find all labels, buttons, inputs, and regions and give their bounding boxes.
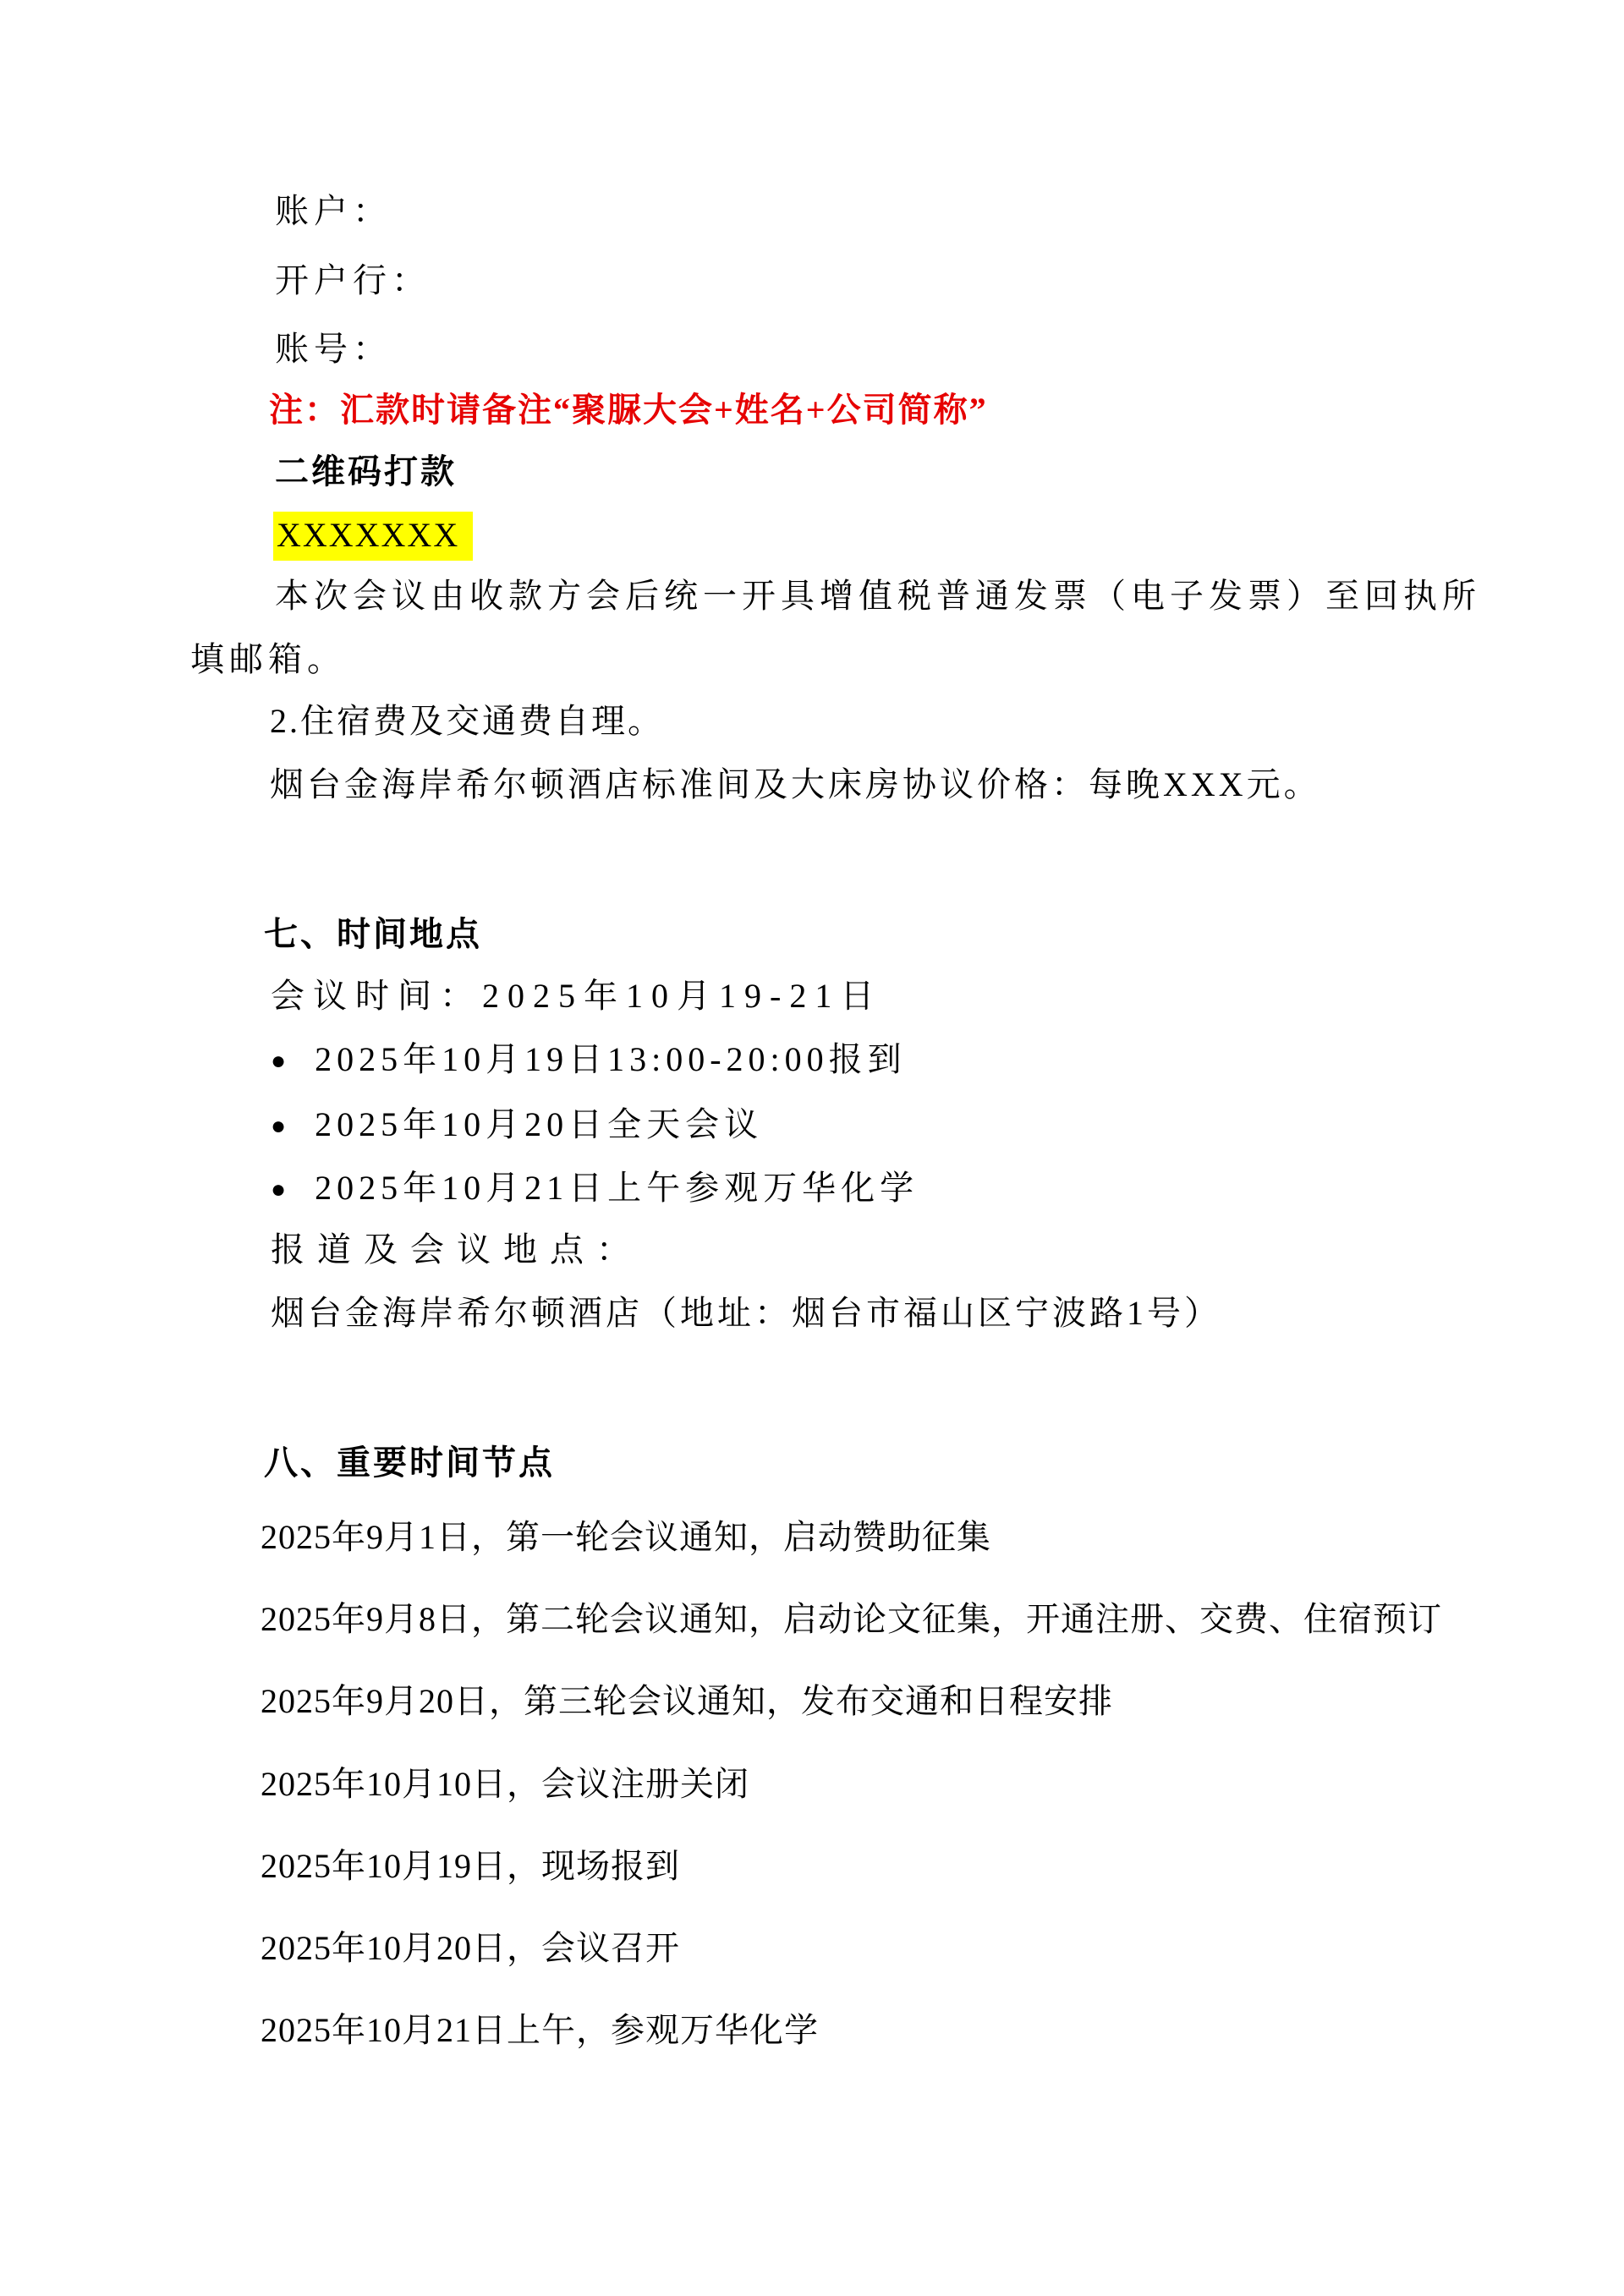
schedule-bullet-item: ●2025年10月19日13:00-20:00报到 [271, 1036, 907, 1085]
schedule-bullet-item: ●2025年10月20日全天会议 [271, 1101, 763, 1150]
bullet-icon: ● [271, 1166, 286, 1214]
highlighted-text: XXXXXXX [273, 512, 473, 561]
bullet-icon: ● [271, 1038, 286, 1085]
venue-label: 报道及会议地点： [271, 1226, 643, 1274]
opening-bank-label: 开户行： [275, 257, 431, 304]
self-pay-note: 2.住宿费及交通费自理。 [270, 698, 664, 745]
schedule-bullet-text: 2025年10月20日全天会议 [315, 1105, 763, 1143]
schedule-bullet-text: 2025年10月21日上午参观万华化学 [315, 1169, 919, 1207]
section-time-place-title: 七、时间地点 [264, 911, 482, 958]
account-number-label: 账号： [275, 326, 392, 373]
remit-note: 注：汇款时请备注“聚脲大会+姓名+公司简称” [269, 386, 988, 434]
milestone-item: 2025年10月20日，会议召开 [261, 1925, 680, 1972]
section-milestones-title: 八、重要时间节点 [264, 1439, 555, 1487]
qr-payment-title: 二维码打款 [275, 448, 457, 496]
qr-code-placeholder: XXXXXXX [273, 512, 473, 561]
bullet-icon: ● [271, 1103, 286, 1150]
invoice-paragraph-line2: 填邮箱。 [190, 636, 346, 683]
milestone-item: 2025年10月19日，现场报到 [261, 1843, 680, 1890]
milestone-item: 2025年9月8日，第二轮会议通知，启动论文征集，开通注册、交费、住宿预订 [261, 1596, 1442, 1643]
invoice-paragraph-line1: 本次会议由收款方会后统一开具增值税普通发票（电子发票）至回执所 [275, 573, 1481, 620]
milestone-item: 2025年10月10日，会议注册关闭 [261, 1761, 749, 1808]
hotel-rate-note: 烟台金海岸希尔顿酒店标准间及大床房协议价格：每晚XXX元。 [270, 761, 1321, 808]
milestone-item: 2025年9月1日，第一轮会议通知，启动赞助征集 [261, 1514, 991, 1561]
schedule-bullet-item: ●2025年10月21日上午参观万华化学 [271, 1164, 919, 1214]
venue: 烟台金海岸希尔顿酒店（地址：烟台市福山区宁波路1号） [271, 1290, 1221, 1337]
document-page: 账户： 开户行： 账号： 注：汇款时请备注“聚脲大会+姓名+公司简称” 二维码打… [0, 0, 1624, 2296]
schedule-bullet-text: 2025年10月19日13:00-20:00报到 [315, 1040, 907, 1078]
milestone-item: 2025年9月20日，第三轮会议通知，发布交通和日程安排 [261, 1678, 1113, 1725]
account-label: 账户： [275, 188, 392, 235]
milestone-item: 2025年10月21日上午，参观万华化学 [261, 2007, 819, 2054]
meeting-time: 会议时间：2025年10月19-21日 [271, 973, 882, 1020]
